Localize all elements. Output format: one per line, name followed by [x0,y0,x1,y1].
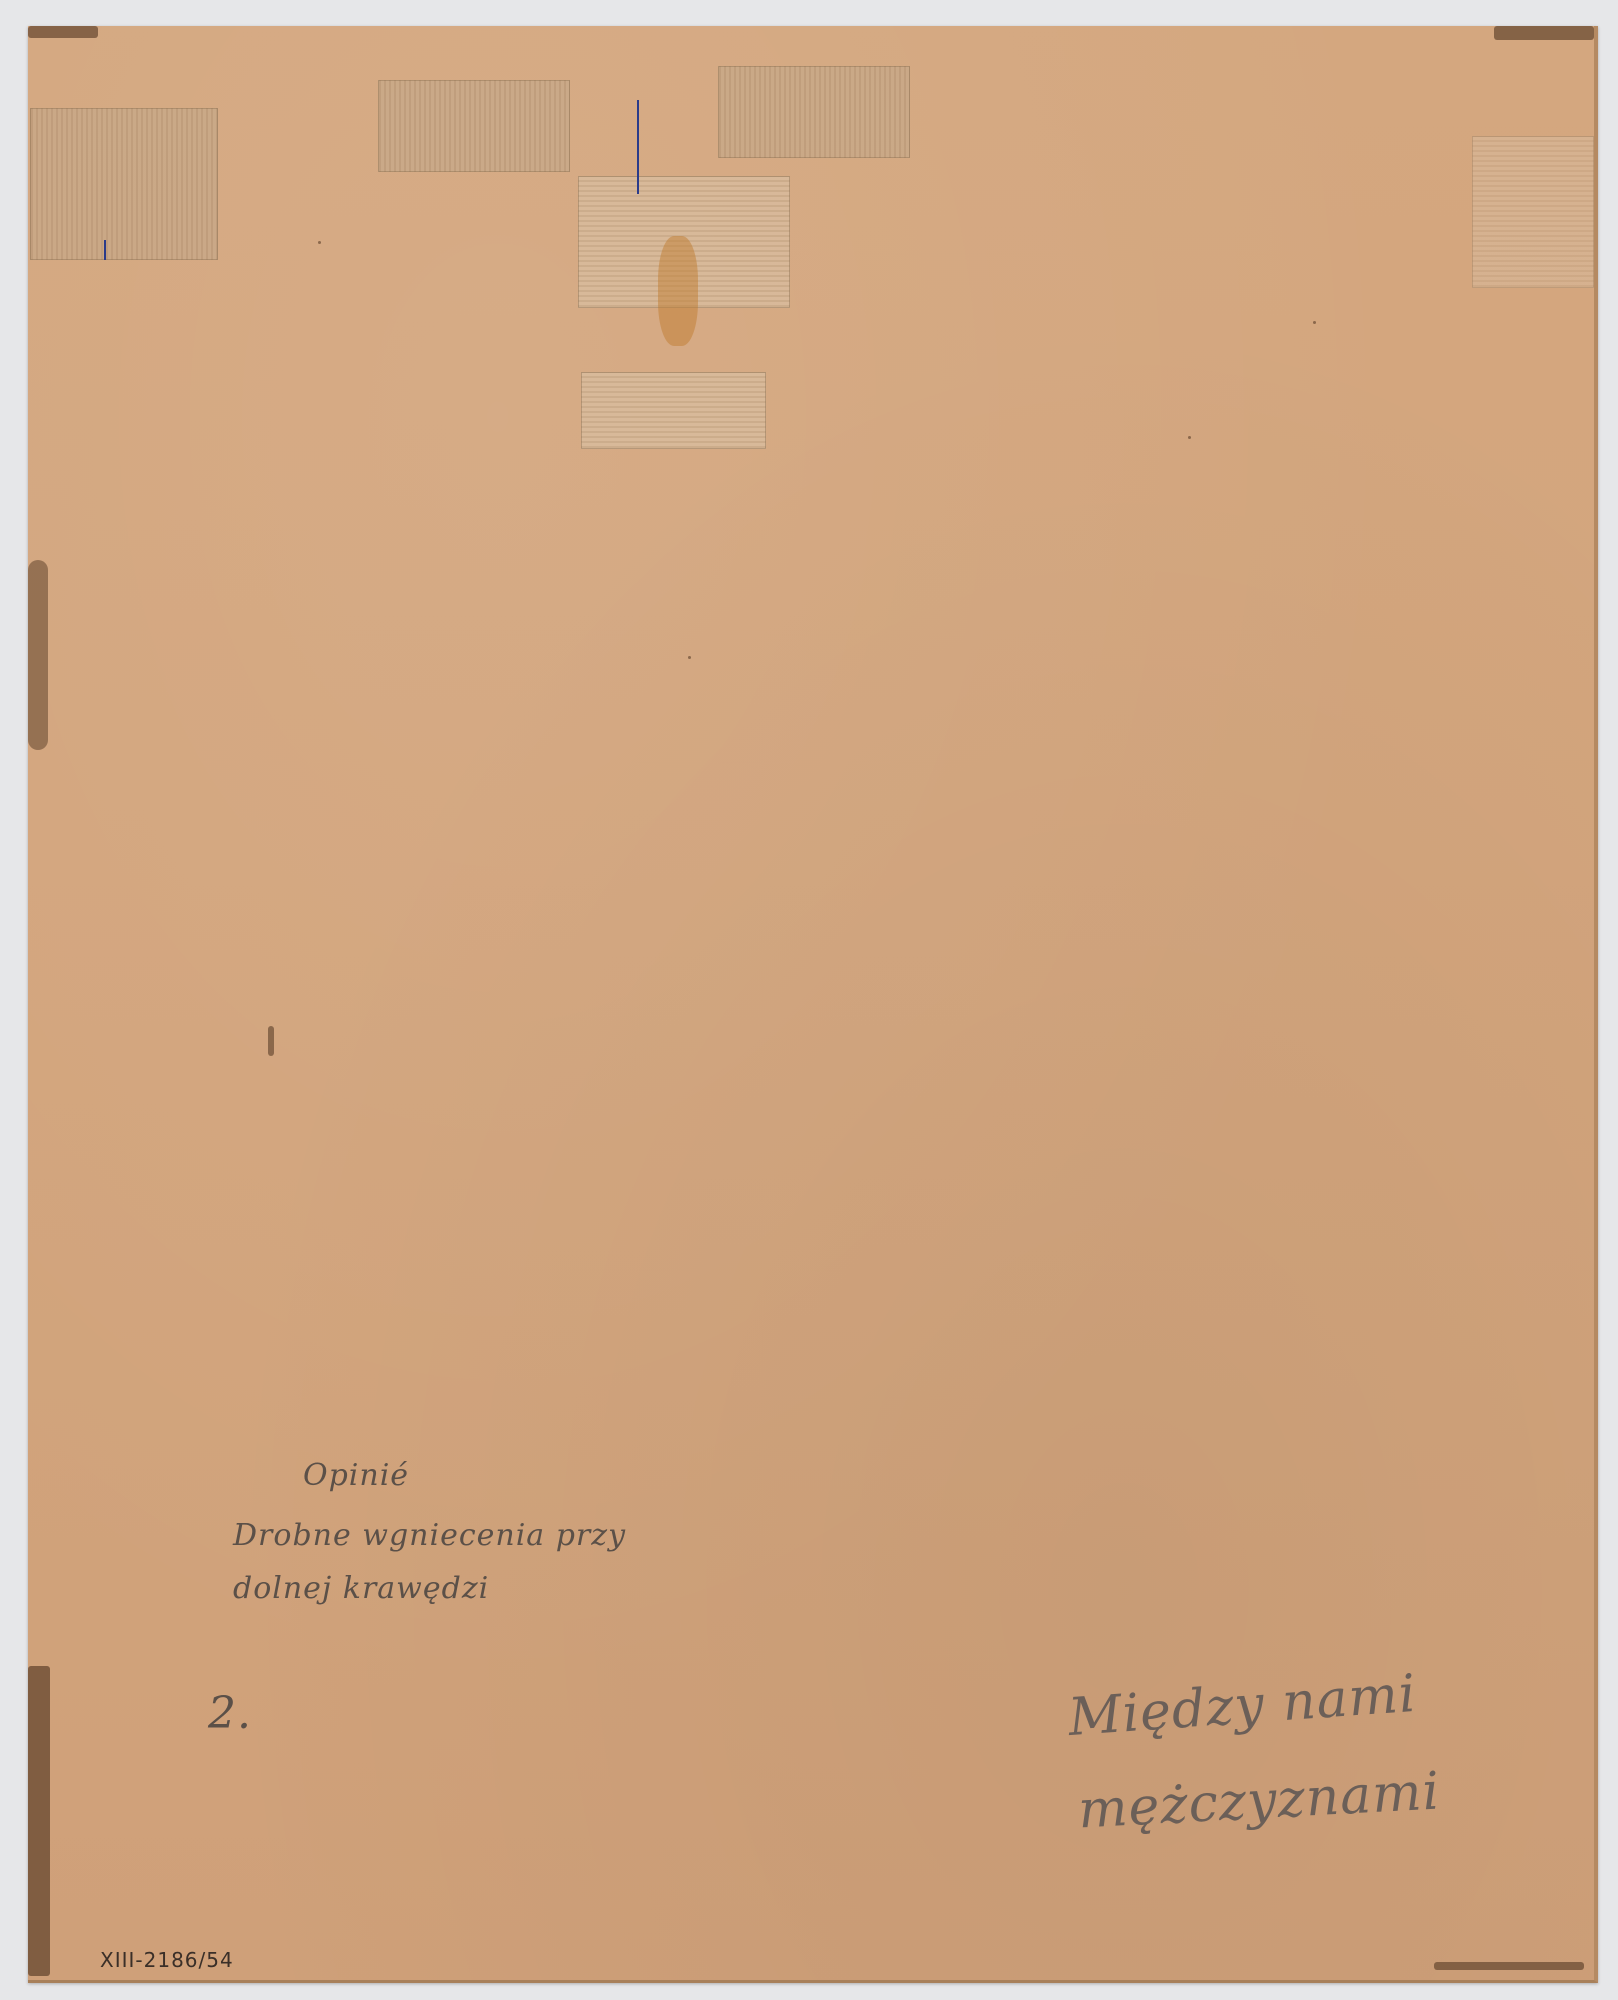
artwork-title-line1: Między nami [1066,1664,1418,1748]
adhesive-stain [658,236,698,346]
edge-wear-left-bottom [28,1666,50,1976]
edge-wear-top-right [1494,26,1594,40]
speck [1188,436,1191,439]
speck [268,1026,274,1056]
speck [318,241,321,244]
blue-pen-mark-left [104,240,106,260]
edge-wear-left-mark [28,560,48,750]
cardboard-verso: Opinié Drobne wgniecenia przy dolnej kra… [28,26,1598,1983]
handwritten-number: 2. [208,1688,252,1739]
edge-wear-bottom-right [1434,1962,1584,1970]
tape-remnant-left [30,108,218,260]
tape-remnant-top-2 [718,66,910,158]
condition-note-line2: dolnej krawędzi [233,1571,489,1606]
tape-remnant-right [1472,136,1594,288]
condition-note-line1: Drobne wgniecenia przy [233,1518,626,1553]
tape-remnant-top-1 [378,80,570,172]
tape-remnant-center-lower [581,372,766,449]
speck [688,656,691,659]
inventory-number: XIII-2186/54 [100,1948,234,1972]
speck [1313,321,1316,324]
blue-pen-line-center [637,100,639,194]
edge-wear-top-left [28,26,98,38]
artwork-title-line2: mężczyznami [1077,1762,1442,1841]
condition-note-heading: Opinié [303,1458,409,1493]
